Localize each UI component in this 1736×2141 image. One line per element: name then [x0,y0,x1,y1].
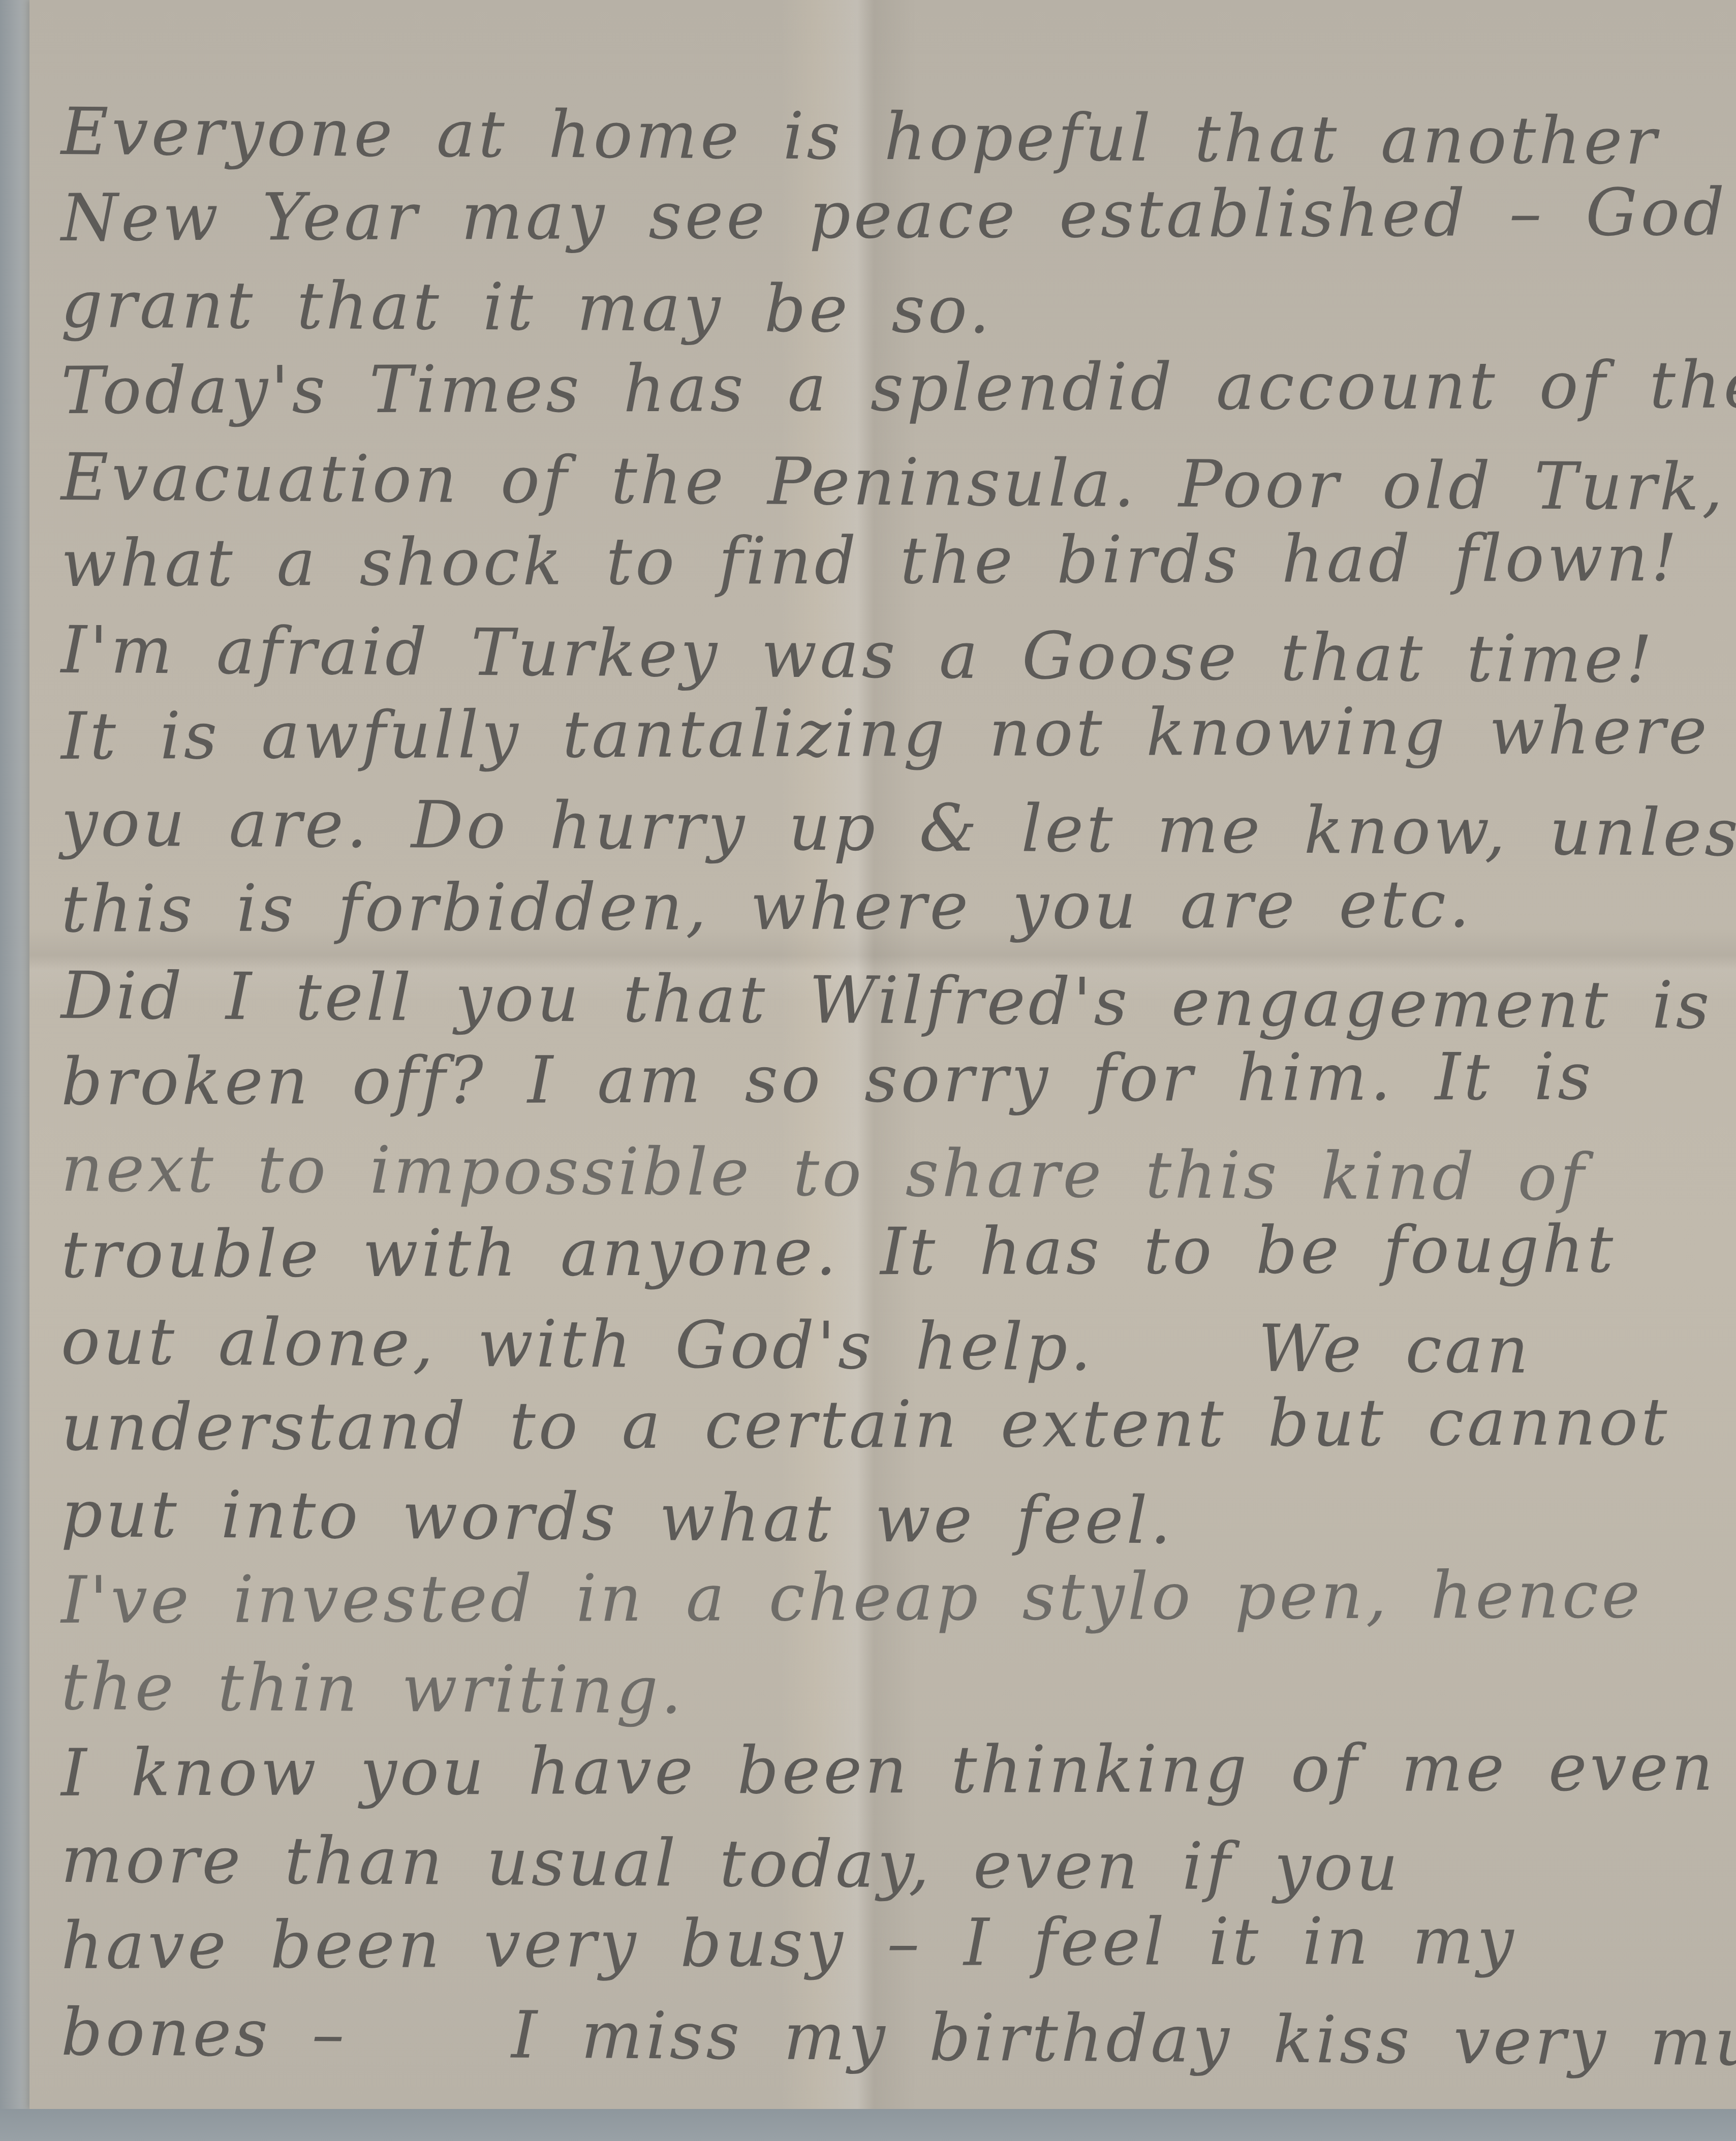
table-surface [0,2109,1736,2141]
letter-line: I've invested in a cheap stylo pen, henc… [61,1552,1688,1644]
letter-line: have been very busy – I feel it in my [61,1898,1688,1990]
letter-line: what a shock to find the birds had flown… [61,515,1688,607]
letter-body: Everyone at home is hopeful that another… [61,89,1687,2076]
letter-line: bones – I miss my birthday kiss very muc… [60,1990,1687,2086]
letter-line: broken off? I am so sorry for him. It is [61,1034,1688,1126]
letter-line: I know you have been thinking of me even [61,1725,1688,1817]
letter-line: New Year may see peace established – God [61,170,1688,262]
photo-scene: Everyone at home is hopeful that another… [0,0,1736,2141]
letter-line: Today's Times has a splendid account of … [61,343,1688,435]
letter-line: this is forbidden, where you are etc. [61,861,1688,953]
letter-line: understand to a certain extent but canno… [61,1379,1688,1471]
letter-line: trouble with anyone. It has to be fought [61,1206,1688,1298]
letter-line: It is awfully tantalizing not knowing wh… [61,688,1688,780]
